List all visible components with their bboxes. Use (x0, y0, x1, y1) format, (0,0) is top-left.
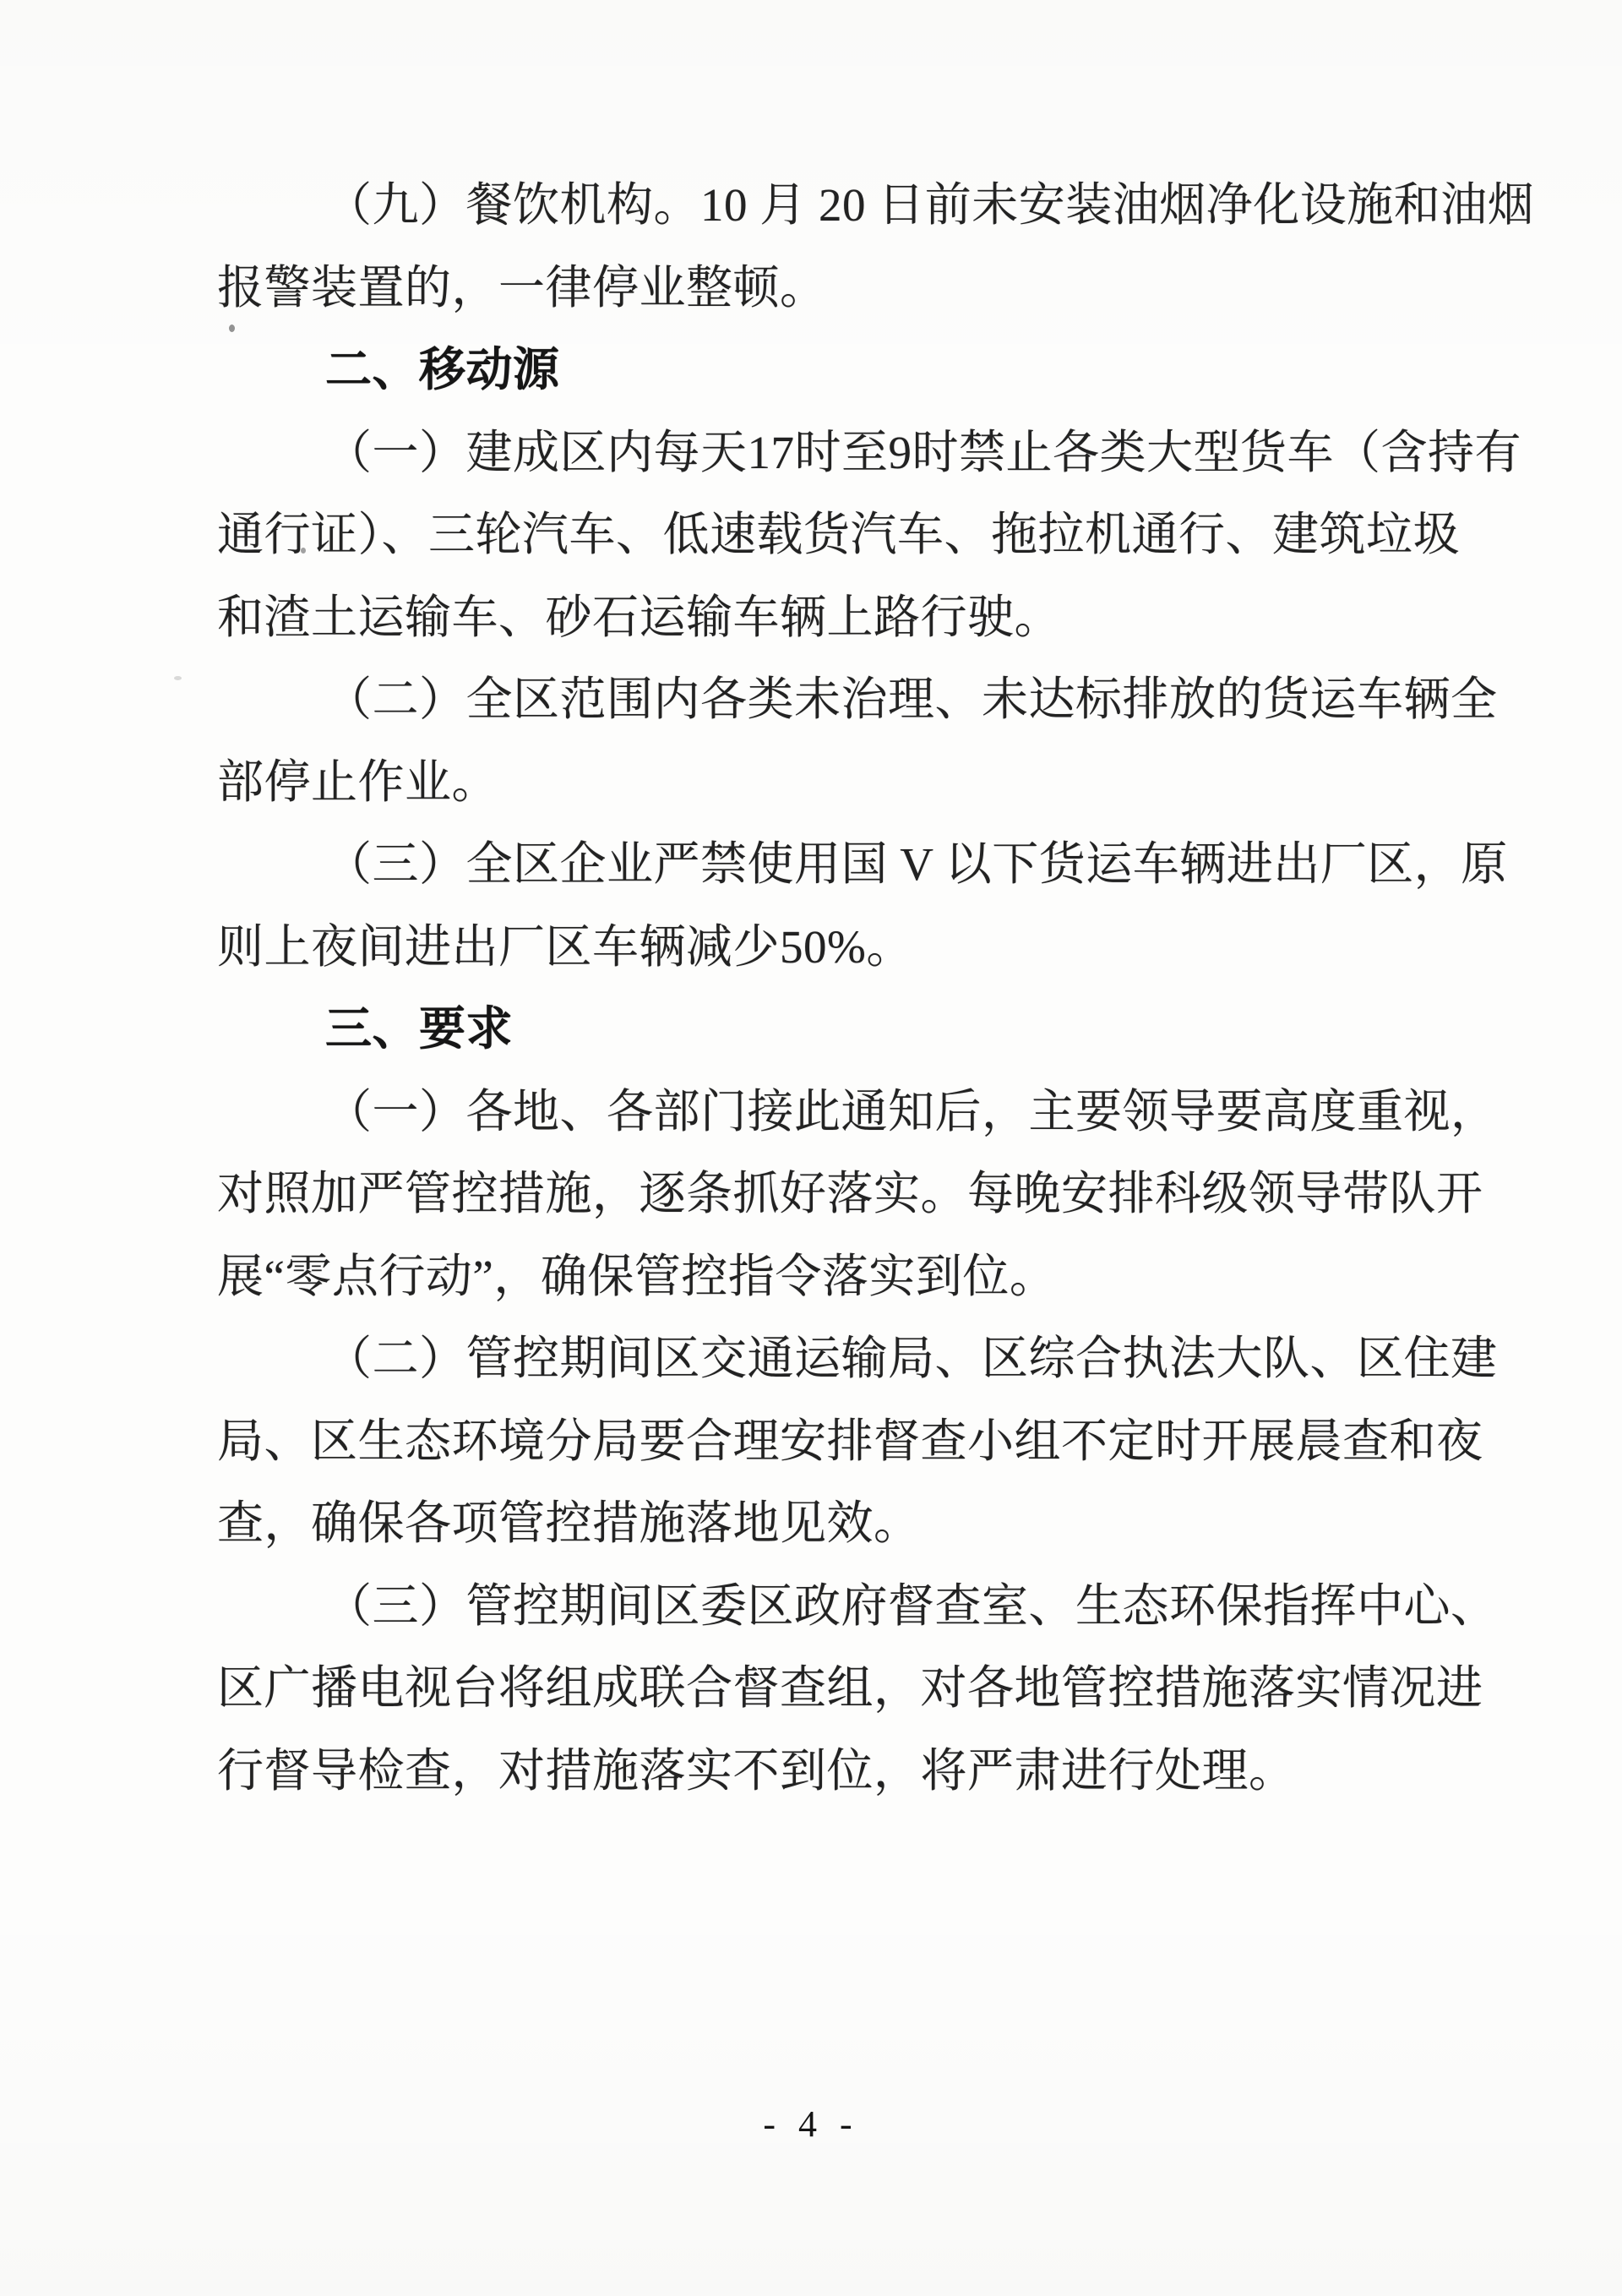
section-heading: 三、要求 (217, 988, 1478, 1071)
text-line: 部停止作业。 (217, 741, 1478, 824)
text-line: （一）建成区内每天17时至9时禁止各类大型货车（含持有 (217, 412, 1478, 494)
document-body: （九）餐饮机构。10 月 20 日前未安装油烟净化设施和油烟 报警装置的，一律停… (217, 164, 1478, 1812)
text-line: 展“零点行动”，确保管控指令落实到位。 (217, 1235, 1478, 1318)
text-line: 通行证）、三轮汽车、低速载货汽车、拖拉机通行、建筑垃圾 (217, 494, 1478, 576)
text-line: 查，确保各项管控措施落地见效。 (217, 1482, 1478, 1565)
text-line: （九）餐饮机构。10 月 20 日前未安装油烟净化设施和油烟 (217, 164, 1478, 247)
text-line: （二）全区范围内各类未治理、未达标排放的货运车辆全 (217, 658, 1478, 741)
page-number: - 4 - (0, 2102, 1622, 2146)
text-line: （三）管控期间区委区政府督查室、生态环保指挥中心、 (217, 1565, 1478, 1648)
scan-artifact-dot (174, 676, 182, 680)
document-page: （九）餐饮机构。10 月 20 日前未安装油烟净化设施和油烟 报警装置的，一律停… (0, 0, 1622, 2296)
text-line: （一）各地、各部门接此通知后，主要领导要高度重视， (217, 1071, 1478, 1153)
text-line: 区广播电视台将组成联合督查组，对各地管控措施落实情况进 (217, 1647, 1478, 1730)
text-line: （三）全区企业严禁使用国 V 以下货运车辆进出厂区，原 (217, 823, 1478, 906)
text-line: （二）管控期间区交通运输局、区综合执法大队、区住建 (217, 1317, 1478, 1400)
text-line: 行督导检查，对措施落实不到位，将严肃进行处理。 (217, 1730, 1478, 1813)
text-line: 报警装置的，一律停业整顿。 (217, 247, 1478, 330)
section-heading: 二、移动源 (217, 329, 1478, 412)
text-line: 则上夜间进出厂区车辆减少50%。 (217, 906, 1478, 989)
text-line: 和渣土运输车、砂石运输车辆上路行驶。 (217, 576, 1478, 659)
text-line: 局、区生态环境分局要合理安排督查小组不定时开展晨查和夜 (217, 1400, 1478, 1483)
text-line: 对照加严管控措施，逐条抓好落实。每晚安排科级领导带队开 (217, 1153, 1478, 1235)
